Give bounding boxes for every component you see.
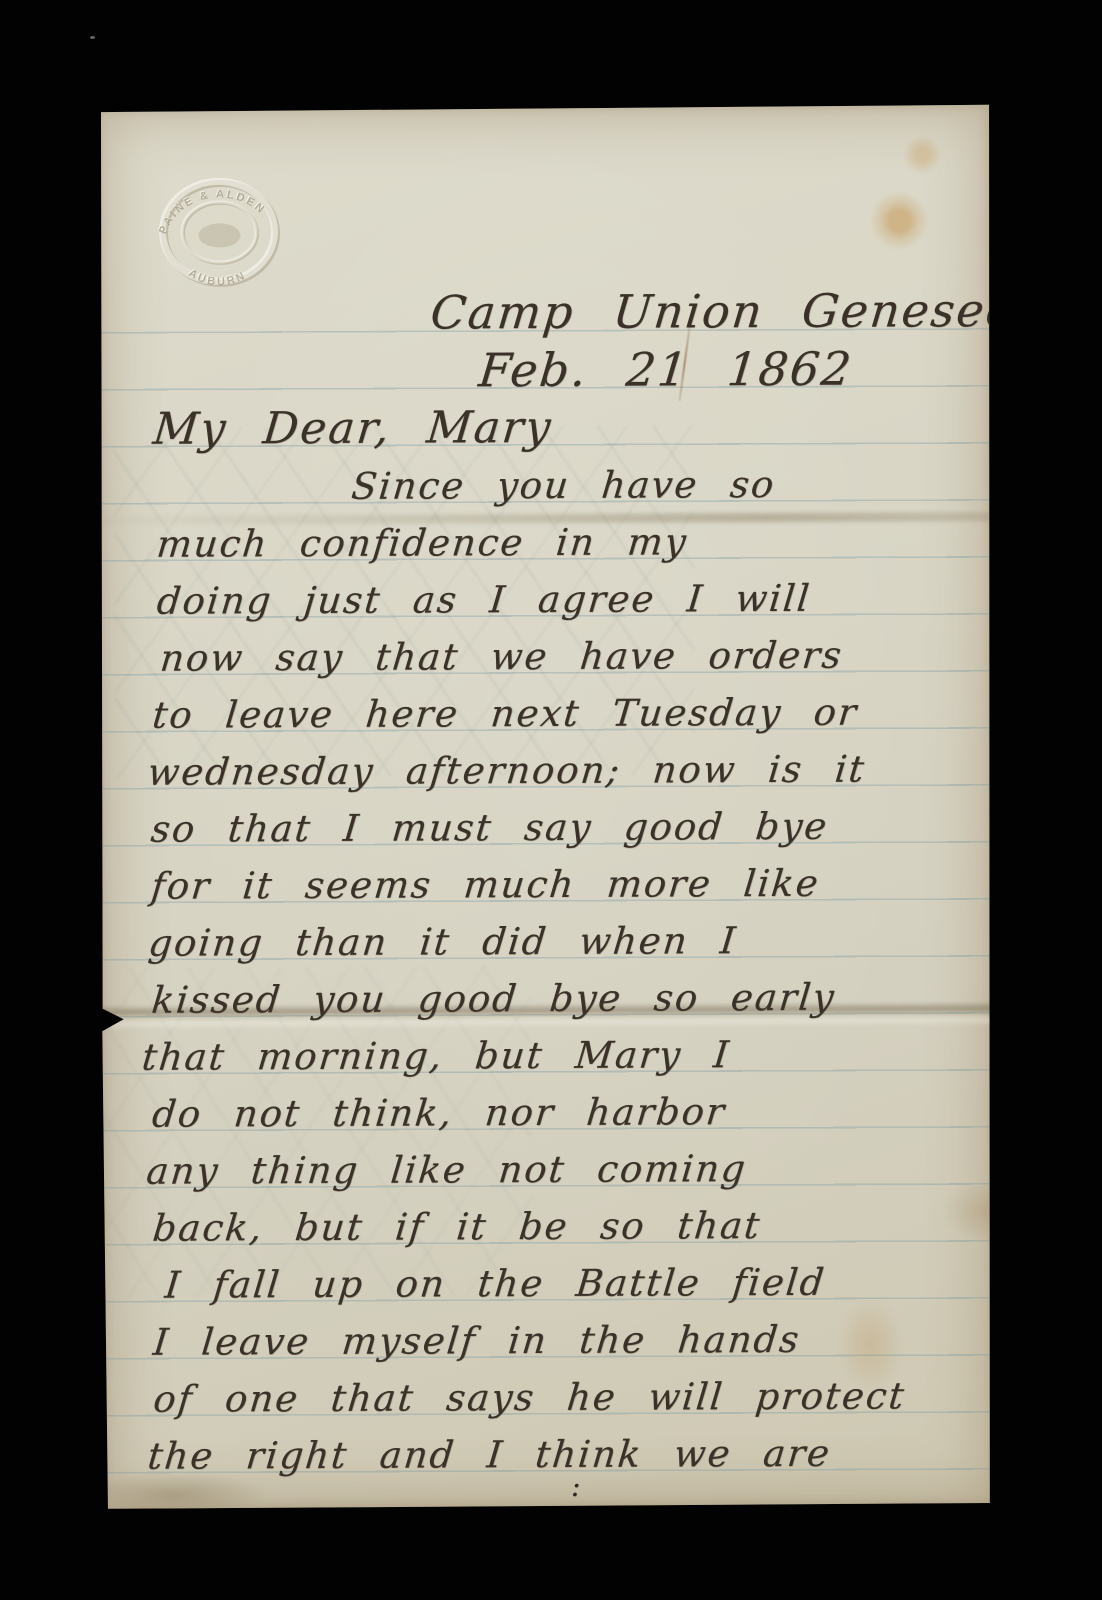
handwritten-line: much confidence in my	[154, 513, 691, 572]
handwritten-line: kissed you good bye so early	[149, 969, 838, 1029]
handwritten-line: any thing like not coming	[144, 1140, 750, 1200]
handwritten-line: I fall up on the Battle field	[162, 1254, 828, 1314]
handwritten-line: for it seems much more like	[148, 855, 822, 915]
place-line: Camp Union Geneseo	[428, 282, 1018, 342]
handwritten-line: to leave here next Tuesday or	[150, 684, 861, 744]
seal-center-crest	[198, 223, 240, 247]
handwritten-line: doing just as I agree I will	[154, 570, 813, 630]
date-line: Feb. 21 1862	[476, 341, 855, 400]
photo-background: PAINE & ALDEN PAINE & ALDEN AUBURN AUBUR…	[0, 0, 1102, 1600]
handwritten-line: I leave myself in the hands	[150, 1311, 803, 1371]
salutation: My Dear, Mary	[150, 399, 555, 458]
handwritten-line: now say that we have orders	[157, 627, 845, 687]
handwritten-line: do not think, nor harbor	[149, 1083, 728, 1143]
handwritten-line: that morning, but Mary I	[139, 1026, 733, 1086]
continuation-mark: :	[571, 1458, 581, 1515]
handwritten-line: so that I must say good bye	[148, 798, 831, 858]
handwritten-line: back, but if it be so that	[150, 1197, 764, 1257]
handwritten-line: of one that says he will protect	[151, 1367, 909, 1427]
handwritten-line: going than it did when I	[146, 912, 740, 972]
handwritten-line: Since you have so	[349, 456, 779, 515]
seal-bottom-text: AUBURN	[186, 267, 248, 289]
letter-sheet: PAINE & ALDEN PAINE & ALDEN AUBURN AUBUR…	[97, 104, 996, 1509]
handwritten-line: wednesday afternoon; now is it	[145, 741, 869, 801]
handwritten-line: the right and I think we are	[145, 1425, 834, 1485]
embossed-seal: PAINE & ALDEN PAINE & ALDEN AUBURN AUBUR…	[147, 167, 293, 303]
paper-speck	[90, 36, 95, 39]
